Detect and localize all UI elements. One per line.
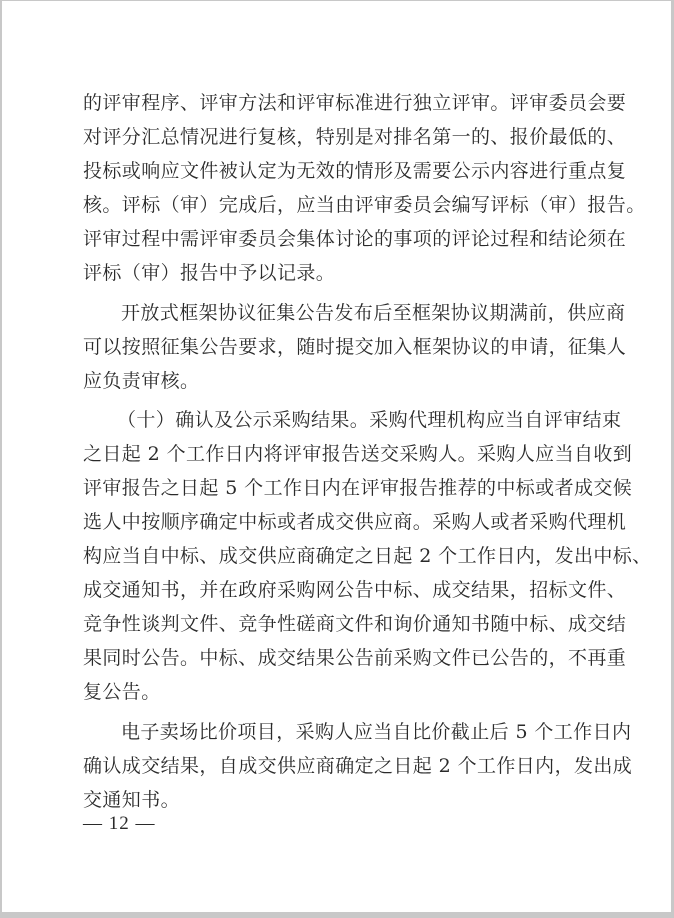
- text-line: 果同时公告。中标、成交结果公告前采购文件已公告的，不再重: [83, 641, 583, 675]
- page-number: — 12 —: [83, 813, 156, 835]
- paragraph-open-framework: 开放式框架协议征集公告发布后至框架协议期满前，供应商 可以按照征集公告要求，随时…: [83, 296, 583, 398]
- text-line: 评审过程中需评审委员会集体讨论的事项的评论过程和结论须在: [83, 222, 583, 256]
- document-body: 的评审程序、评审方法和评审标准进行独立评审。评审委员会要 对评分汇总情况进行复核…: [83, 86, 583, 822]
- text-line: 确认成交结果，自成交供应商确定之日起 2 个工作日内，发出成: [83, 749, 583, 783]
- text-line: 交通知书。: [83, 783, 583, 817]
- text-line: 核。评标（审）完成后，应当由评审委员会编写评标（审）报告。: [83, 188, 583, 222]
- paragraph-review-process: 的评审程序、评审方法和评审标准进行独立评审。评审委员会要 对评分汇总情况进行复核…: [83, 86, 583, 290]
- text-line: （十）确认及公示采购结果。采购代理机构应当自评审结束: [83, 403, 583, 437]
- text-line: 评标（审）报告中予以记录。: [83, 256, 583, 290]
- text-line: 对评分汇总情况进行复核，特别是对排名第一的、报价最低的、: [83, 120, 583, 154]
- text-line: 之日起 2 个工作日内将评审报告送交采购人。采购人应当自收到: [83, 437, 583, 471]
- text-line: 复公告。: [83, 675, 583, 709]
- text-line: 开放式框架协议征集公告发布后至框架协议期满前，供应商: [83, 296, 583, 330]
- text-line: 电子卖场比价项目，采购人应当自比价截止后 5 个工作日内: [83, 715, 583, 749]
- paragraph-confirm-results: （十）确认及公示采购结果。采购代理机构应当自评审结束 之日起 2 个工作日内将评…: [83, 403, 583, 709]
- text-line: 评审报告之日起 5 个工作日内在评审报告推荐的中标或者成交候: [83, 471, 583, 505]
- paragraph-e-mall: 电子卖场比价项目，采购人应当自比价截止后 5 个工作日内 确认成交结果，自成交供…: [83, 715, 583, 817]
- text-line: 可以按照征集公告要求，随时提交加入框架协议的申请，征集人: [83, 330, 583, 364]
- text-line: 选人中按顺序确定中标或者成交供应商。采购人或者采购代理机: [83, 505, 583, 539]
- text-line: 应负责审核。: [83, 364, 583, 398]
- text-line: 竞争性谈判文件、竞争性磋商文件和询价通知书随中标、成交结: [83, 607, 583, 641]
- text-line: 构应当自中标、成交供应商确定之日起 2 个工作日内，发出中标、: [83, 539, 583, 573]
- text-line: 成交通知书，并在政府采购网公告中标、成交结果，招标文件、: [83, 573, 583, 607]
- text-line: 的评审程序、评审方法和评审标准进行独立评审。评审委员会要: [83, 86, 583, 120]
- document-page: 的评审程序、评审方法和评审标准进行独立评审。评审委员会要 对评分汇总情况进行复核…: [2, 1, 671, 912]
- text-line: 投标或响应文件被认定为无效的情形及需要公示内容进行重点复: [83, 154, 583, 188]
